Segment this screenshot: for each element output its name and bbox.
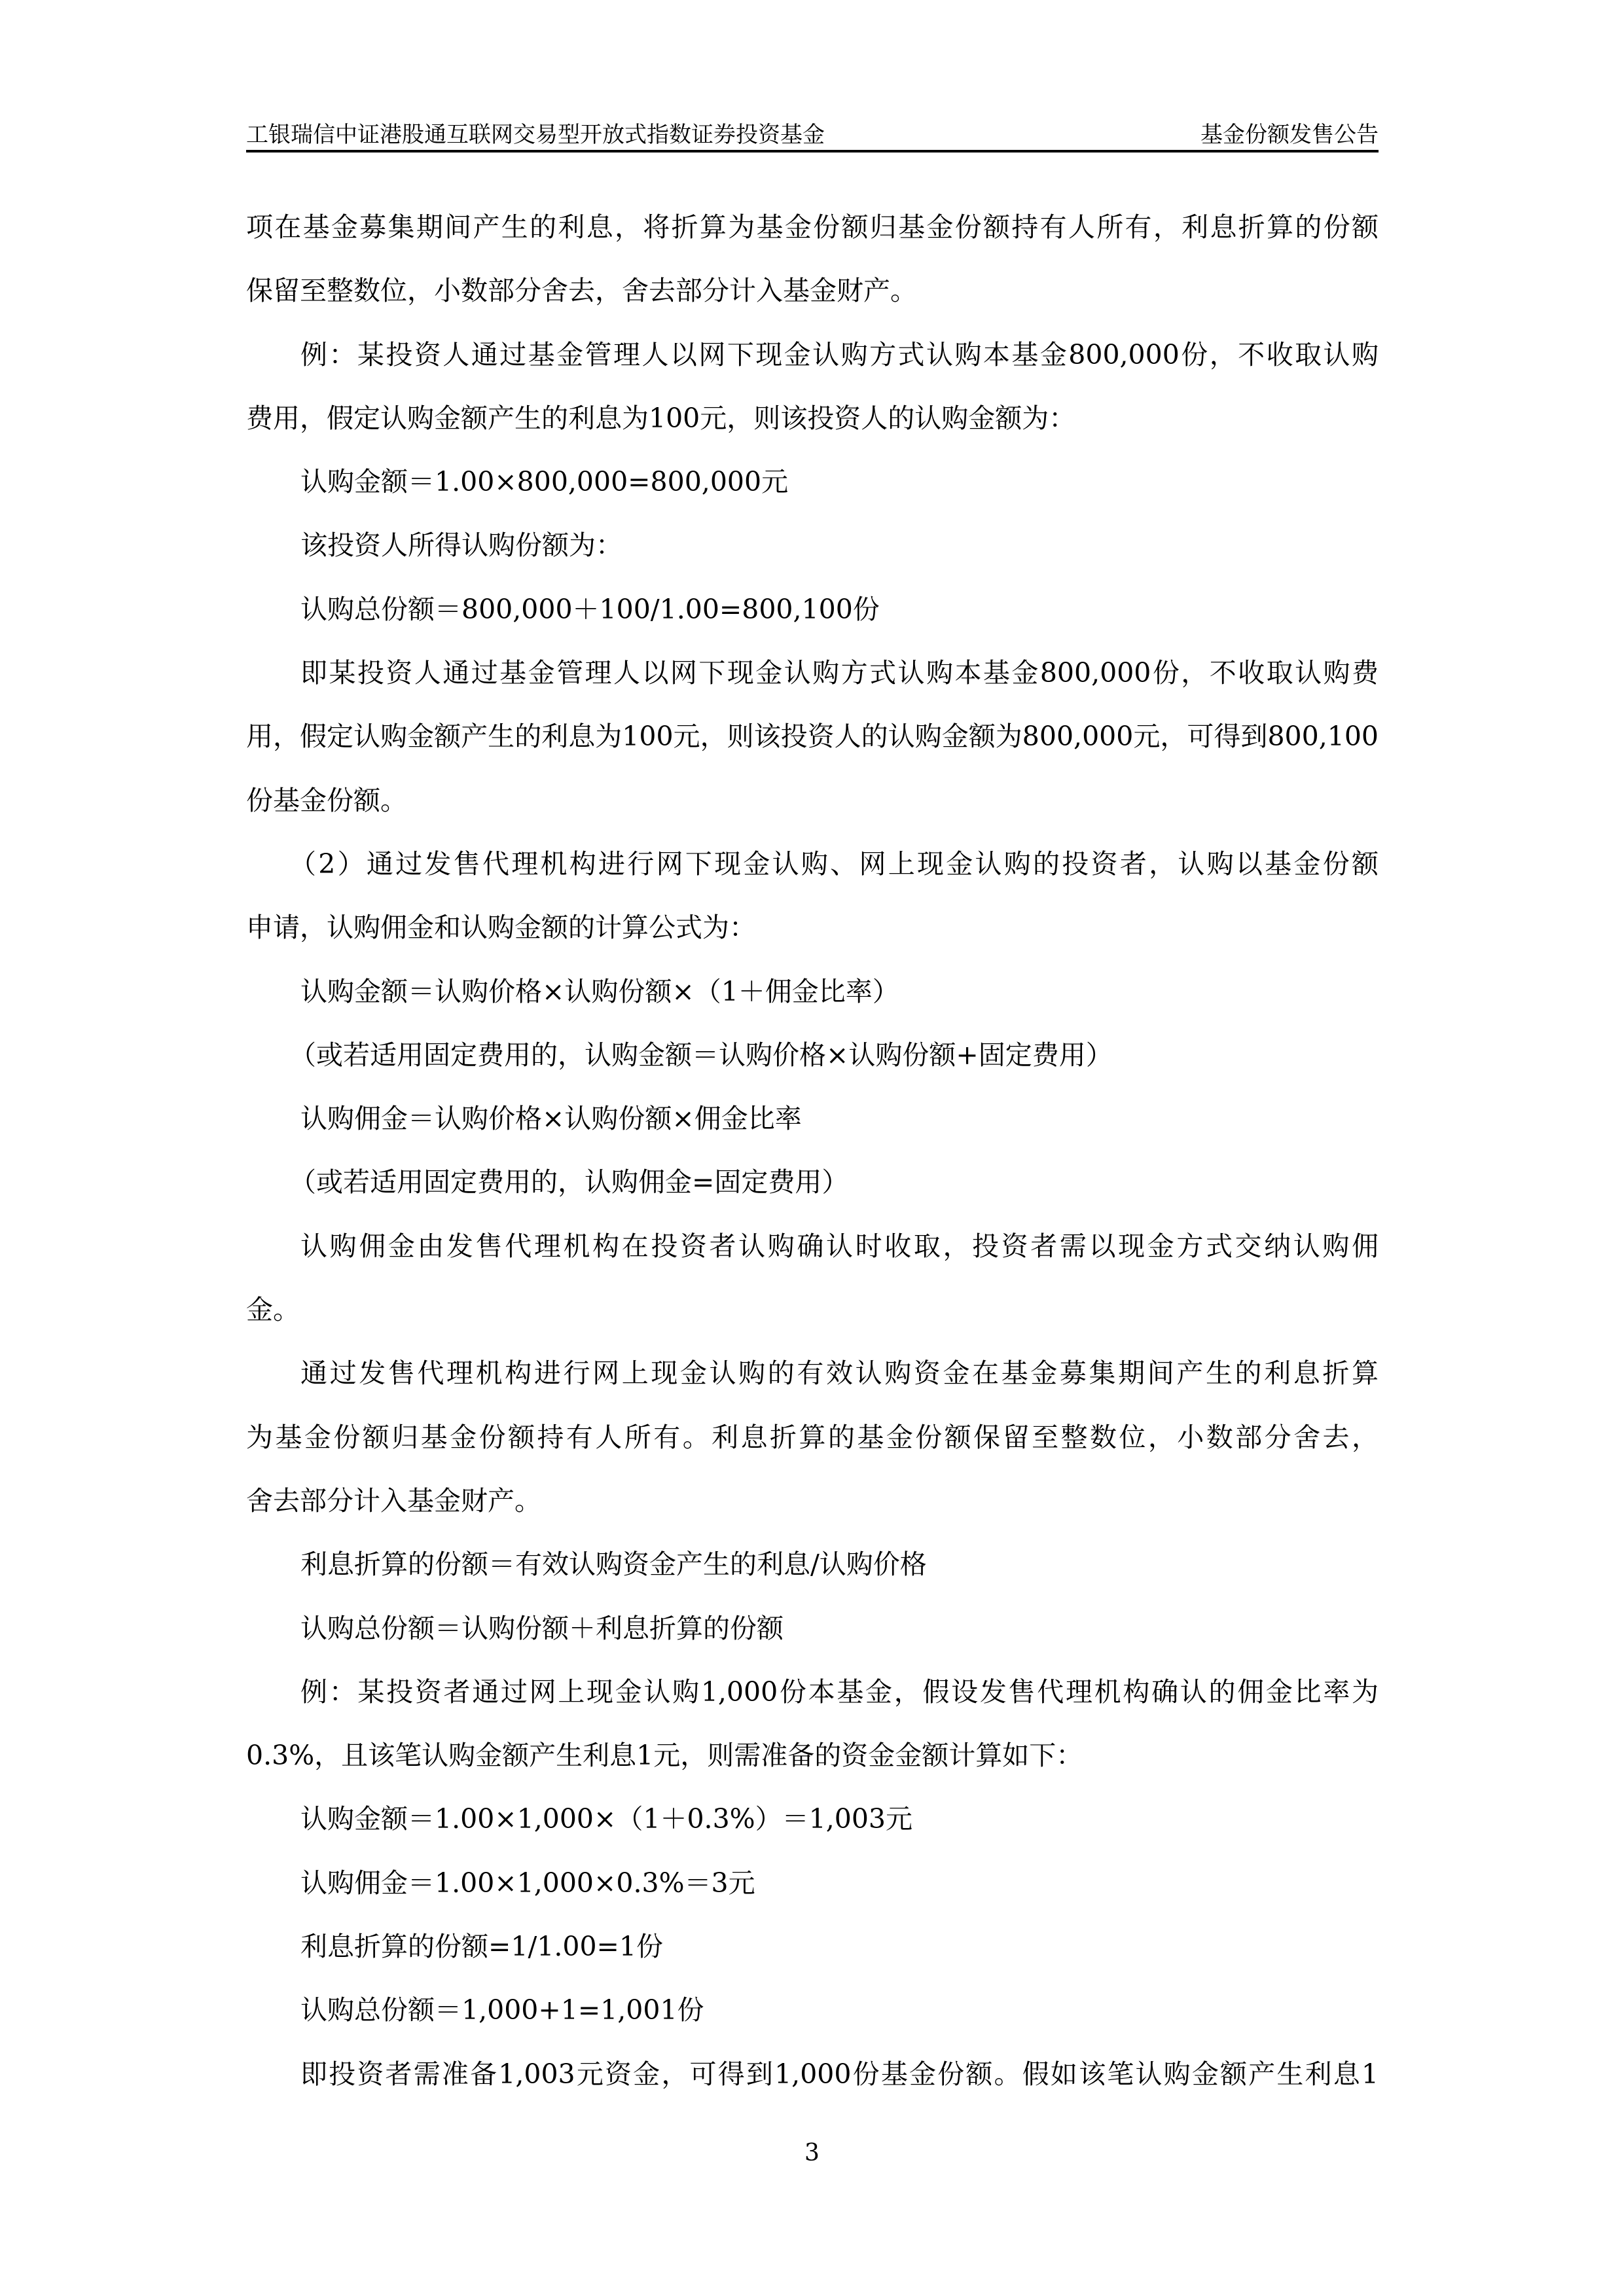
paragraph-line: 用，假定认购金额产生的利息为100元，则该投资人的认购金额为800,000元，可… (246, 705, 1379, 768)
formula-line: 利息折算的份额＝有效认购资金产生的利息/认购价格 (246, 1533, 1385, 1596)
example-paragraph-line: 例：某投资人通过基金管理人以网下现金认购方式认购本基金800,000份，不收取认… (246, 323, 1379, 387)
paragraph-line: 即某投资人通过基金管理人以网下现金认购方式认购本基金800,000份，不收取认购… (246, 641, 1379, 705)
paragraph-line: 该投资人所得认购份额为： (246, 514, 1385, 577)
paragraph-line: 认购佣金由发售代理机构在投资者认购确认时收取，投资者需以现金方式交纳认购佣 (246, 1215, 1379, 1278)
paragraph-line: 费用，假定认购金额产生的利息为100元，则该投资人的认购金额为： (246, 387, 1385, 450)
document-body: 项在基金募集期间产生的利息，将折算为基金份额归基金份额持有人所有，利息折算的份额… (246, 196, 1385, 2106)
page-number: 3 (0, 2139, 1624, 2168)
paragraph-line: 通过发售代理机构进行网上现金认购的有效认购资金在基金募集期间产生的利息折算 (246, 1342, 1379, 1405)
example-paragraph-line: 例：某投资者通过网上现金认购1,000份本基金，假设发售代理机构确认的佣金比率为 (246, 1660, 1379, 1724)
section-heading-line: （2）通过发售代理机构进行网下现金认购、网上现金认购的投资者，认购以基金份额 (246, 833, 1379, 896)
formula-line: 利息折算的份额=1/1.00=1份 (246, 1915, 1385, 1979)
paragraph-line: 份基金份额。 (246, 769, 1385, 833)
formula-line: 认购总份额＝800,000＋100/1.00=800,100份 (246, 578, 1385, 641)
paragraph-line: 项在基金募集期间产生的利息，将折算为基金份额归基金份额持有人所有，利息折算的份额 (246, 196, 1379, 259)
paragraph-line: 舍去部分计入基金财产。 (246, 1469, 1385, 1533)
formula-line: 认购总份额＝认购份额＋利息折算的份额 (246, 1597, 1385, 1660)
paragraph-line: 0.3%，且该笔认购金额产生利息1元，则需准备的资金金额计算如下： (246, 1724, 1385, 1787)
formula-line: 认购金额＝1.00×800,000=800,000元 (246, 450, 1385, 514)
formula-line: 认购金额＝1.00×1,000×（1＋0.3%）＝1,003元 (246, 1787, 1385, 1851)
paragraph-line: 为基金份额归基金份额持有人所有。利息折算的基金份额保留至整数位，小数部分舍去， (246, 1406, 1379, 1469)
header-fund-name: 工银瑞信中证港股通互联网交易型开放式指数证券投资基金 (246, 120, 825, 149)
formula-note-line: （或若适用固定费用的，认购佣金=固定费用） (246, 1151, 1385, 1214)
header-document-type: 基金份额发售公告 (1200, 120, 1379, 149)
formula-line: 认购总份额＝1,000+1=1,001份 (246, 1979, 1385, 2042)
paragraph-line: 申请，认购佣金和认购金额的计算公式为： (246, 896, 1385, 960)
header-divider (246, 150, 1379, 152)
paragraph-line: 金。 (246, 1278, 1385, 1342)
page-header: 工银瑞信中证港股通互联网交易型开放式指数证券投资基金 基金份额发售公告 (246, 111, 1379, 149)
formula-line: 认购金额＝认购价格×认购份额×（1＋佣金比率） (246, 960, 1385, 1024)
formula-line: 认购佣金＝认购价格×认购份额×佣金比率 (246, 1087, 1385, 1151)
paragraph-line: 即投资者需准备1,003元资金，可得到1,000份基金份额。假如该笔认购金额产生… (246, 2043, 1379, 2106)
formula-line: 认购佣金＝1.00×1,000×0.3%＝3元 (246, 1852, 1385, 1915)
paragraph-line: 保留至整数位，小数部分舍去，舍去部分计入基金财产。 (246, 259, 1385, 323)
formula-note-line: （或若适用固定费用的，认购金额＝认购价格×认购份额+固定费用） (246, 1024, 1385, 1087)
